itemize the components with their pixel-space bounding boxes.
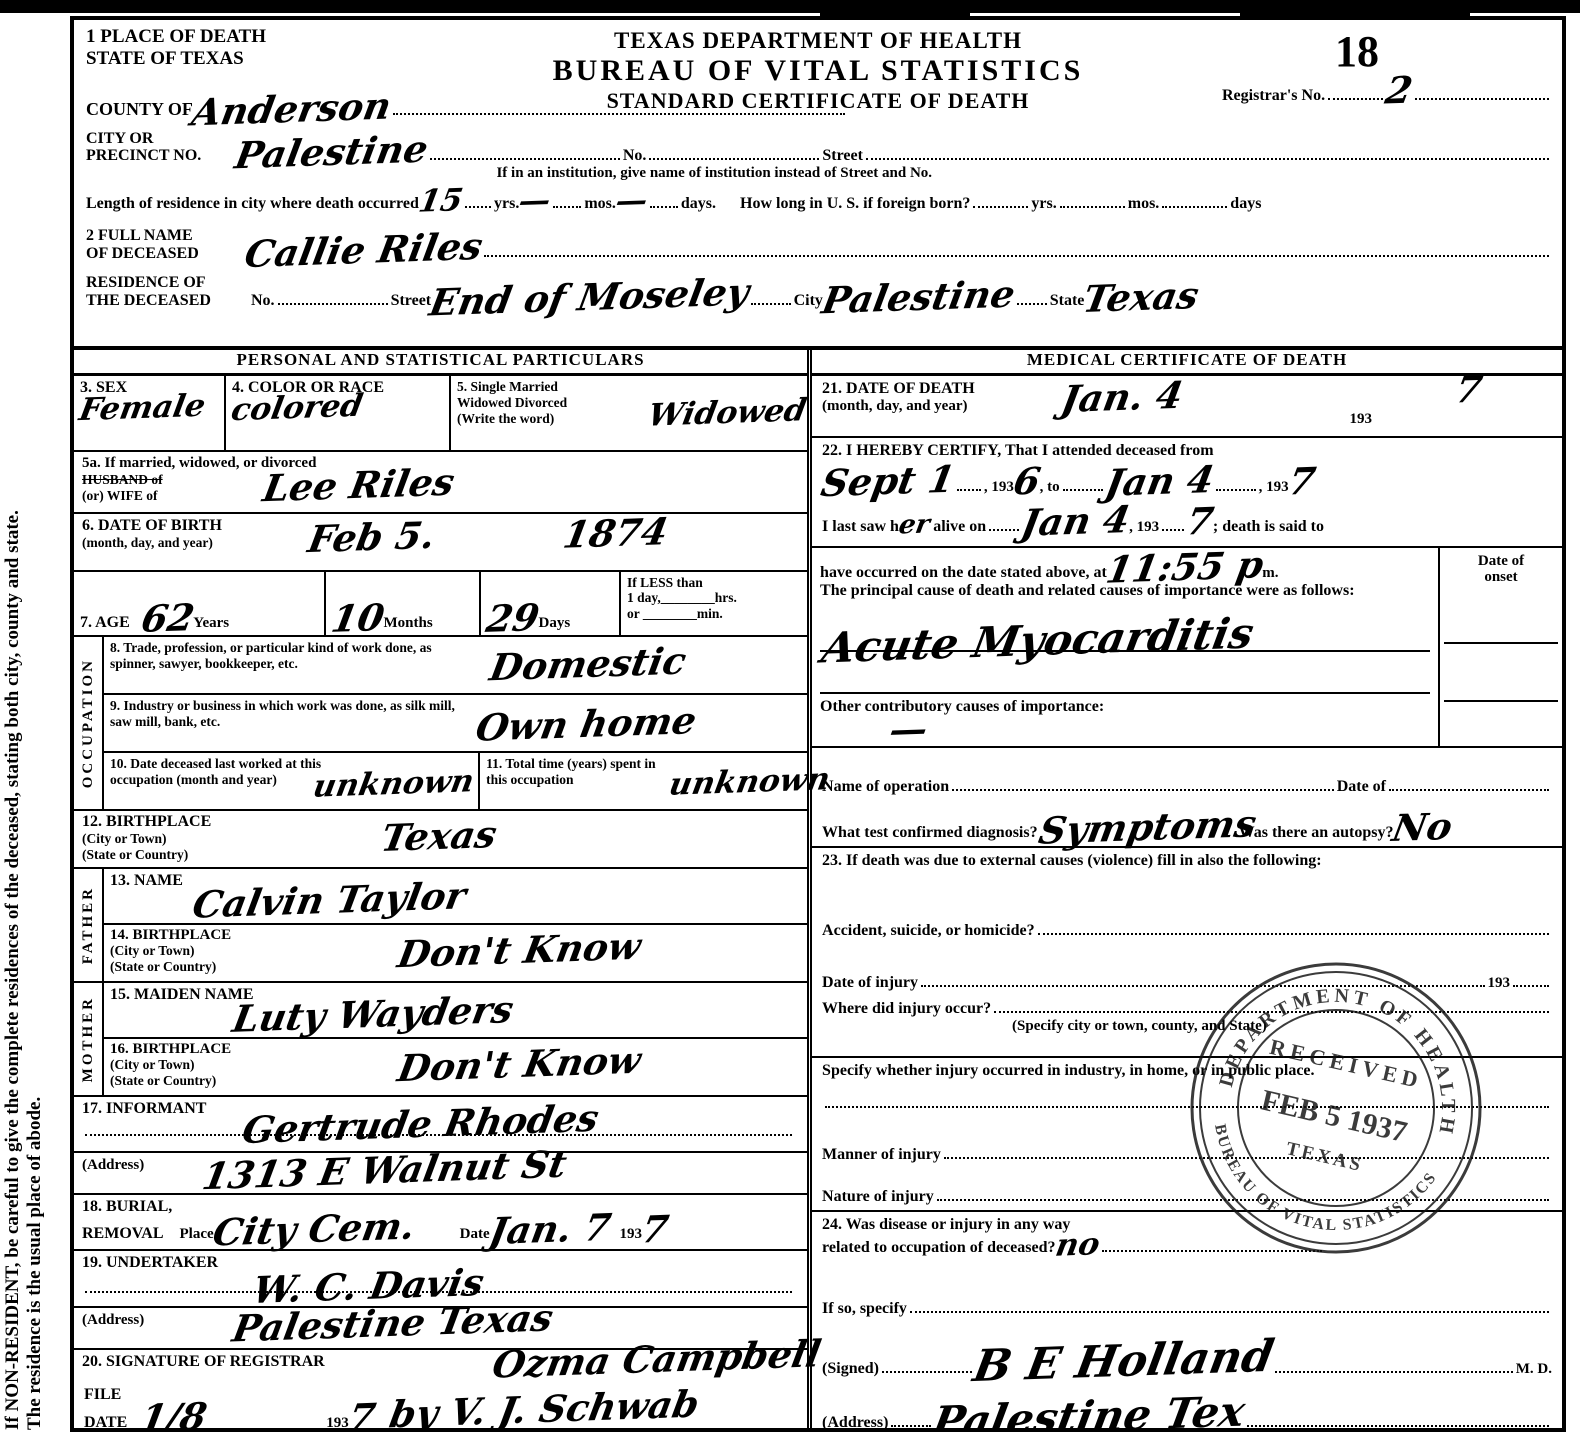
full-name-label: 2 FULL NAME <box>86 227 246 245</box>
dob-monthday-value: Feb 5. <box>306 521 437 553</box>
occurred-at-label: have occurred on the date stated above, … <box>820 564 1107 582</box>
informant-value: Gertrude Rhodes <box>240 1105 600 1145</box>
mos-label: mos. <box>1128 195 1160 213</box>
state-label: State <box>1050 292 1085 310</box>
street-label: Street <box>391 292 432 310</box>
file-year-value: 7 <box>346 1404 377 1432</box>
date-of-death-label: 21. DATE OF DEATH <box>822 380 1552 398</box>
yrs-label: yrs. <box>494 195 519 213</box>
test-confirmed-label: What test confirmed diagnosis? <box>822 824 1038 842</box>
days-label: Days <box>539 615 571 632</box>
blank-line <box>553 206 581 208</box>
death-certificate: TEXAS DEPARTMENT OF HEALTH BUREAU OF VIT… <box>70 16 1566 1432</box>
year-193-label: , 193 <box>1259 479 1289 496</box>
pm-label: m. <box>1262 565 1278 582</box>
contributory-value: — <box>887 716 929 745</box>
days-label: days <box>1230 195 1261 213</box>
occupation-side-label: OCCUPATION <box>74 637 104 809</box>
last-saw-year-value: 7 <box>1185 507 1216 536</box>
year-193-label: , 193 <box>984 479 1014 496</box>
blank-line <box>430 158 620 160</box>
where-injury-label: Where did injury occur? <box>822 1000 991 1018</box>
industry-value: Own home <box>473 708 698 743</box>
trade-value: Domestic <box>488 648 688 683</box>
blank-line <box>649 158 819 160</box>
file-date-value: 1/8 <box>139 1403 209 1432</box>
blank-line <box>1060 206 1125 208</box>
blank-line <box>1415 98 1549 100</box>
city-value: Palestine <box>233 136 430 170</box>
blank-line <box>910 1311 1549 1313</box>
mother-side-label: MOTHER <box>74 983 104 1095</box>
left-margin-notes: If NON-RESIDENT, be careful to give the … <box>2 20 66 1430</box>
certificate-header: TEXAS DEPARTMENT OF HEALTH BUREAU OF VIT… <box>74 20 1562 350</box>
margin-note-line2: The residence is the usual place of abod… <box>24 20 46 1430</box>
informant-address-value: 1313 E Walnut St <box>200 1150 568 1190</box>
registrar-by-value: by V. J. Schwab <box>387 1391 701 1429</box>
blank-line <box>891 1425 931 1427</box>
dept-title: TEXAS DEPARTMENT OF HEALTH <box>506 28 1131 54</box>
external-causes-label: 23. If death was due to external causes … <box>822 852 1322 869</box>
date-of-death-format: (month, day, and year) <box>822 398 1552 415</box>
manner-of-injury-label: Manner of injury <box>822 1146 941 1164</box>
attended-from-year: 6 <box>1011 468 1042 497</box>
registrar-no-value: 2 <box>1384 77 1415 106</box>
blank-line <box>650 206 678 208</box>
blank-line <box>952 789 1334 791</box>
date-label: Date <box>460 1226 490 1243</box>
blank-line <box>973 206 1028 208</box>
blank-line <box>1513 985 1549 987</box>
residence-street-value: End of Moseley <box>428 278 752 317</box>
maiden-name-value: Luty Wayders <box>231 996 516 1033</box>
personal-section-title: PERSONAL AND STATISTICAL PARTICULARS <box>74 350 807 376</box>
blank-line <box>1017 303 1047 305</box>
year-193-label: 193 <box>326 1415 349 1432</box>
full-name-value: Callie Riles <box>243 233 485 269</box>
no-label: No. <box>251 292 275 310</box>
last-saw-date-value: Jan 4 <box>1019 506 1132 537</box>
medical-section-title: MEDICAL CERTIFICATE OF DEATH <box>812 350 1562 376</box>
address-label: (Address) <box>82 1312 144 1328</box>
md-label: M. D. <box>1516 1361 1552 1378</box>
blank-line <box>1444 700 1558 702</box>
standard-title: STANDARD CERTIFICATE OF DEATH <box>506 88 1131 114</box>
stamp-date: FEB 5 1937 <box>1258 1084 1410 1150</box>
year-193-label: , 193 <box>1129 519 1159 536</box>
length-yrs-value: 15 <box>417 189 465 214</box>
residence-state-value: Texas <box>1082 282 1201 314</box>
county-label: COUNTY OF <box>86 99 193 120</box>
mother-birthplace-value: Don't Know <box>396 1047 643 1083</box>
alive-on-label: alive on <box>933 518 986 536</box>
dob-year-value: 1874 <box>561 518 670 549</box>
blank-line <box>1162 529 1184 531</box>
total-time-value: unknown <box>667 769 831 798</box>
date-of-onset-label: Date of <box>1444 554 1558 570</box>
the-deceased-label: THE DECEASED <box>86 292 251 310</box>
if-so-specify-label: If so, specify <box>822 1300 907 1318</box>
physician-signature-value: B E Holland <box>971 1340 1276 1383</box>
margin-note-line1: If NON-RESIDENT, be careful to give the … <box>2 20 24 1430</box>
yrs-label: yrs. <box>1031 195 1056 213</box>
operation-label: Name of operation <box>822 778 949 796</box>
death-said-label: ; death is said to <box>1213 518 1324 536</box>
years-label: Years <box>193 615 229 632</box>
city-label: City <box>794 292 823 310</box>
to-label: , to <box>1040 479 1060 496</box>
blank-line <box>751 303 791 305</box>
test-value: Symptoms <box>1036 811 1257 846</box>
blank-line <box>866 158 1549 160</box>
blank-line <box>1063 489 1103 491</box>
of-deceased-label: OF DECEASED <box>86 245 246 263</box>
dob-label: 6. DATE OF BIRTH <box>82 517 799 535</box>
blank-line <box>882 1371 972 1373</box>
mos-label: mos. <box>584 195 616 213</box>
no-label: No. <box>623 147 647 165</box>
blank-line <box>278 303 388 305</box>
burial-date-value: Jan. 7 <box>487 1214 613 1246</box>
certificate-number: 18 <box>1222 26 1552 77</box>
time-of-death-value: 11:55 p <box>1104 551 1265 584</box>
burial-label: 18. BURIAL, <box>82 1198 799 1216</box>
blank-line <box>1247 1425 1549 1427</box>
place-label: Place <box>180 1226 214 1243</box>
dob-format-label: (month, day, and year) <box>82 535 799 551</box>
burial-place-value: City Cem. <box>211 1212 417 1247</box>
if-less-line3: or ________min. <box>627 606 801 622</box>
year-193-label: 193 <box>1350 411 1373 428</box>
total-time-label: 11. Total time (years) spent in this occ… <box>486 756 675 806</box>
last-saw-label: I last saw h <box>822 518 899 536</box>
county-value: Anderson <box>190 93 393 128</box>
blank-line <box>1389 789 1549 791</box>
last-saw-er-value: er <box>897 515 931 536</box>
father-name-value: Calvin Taylor <box>191 883 468 920</box>
spouse-value: Lee Riles <box>261 468 456 502</box>
bureau-title: BUREAU OF VITAL STATISTICS <box>506 54 1131 88</box>
father-side-label: FATHER <box>74 869 104 981</box>
onset-label: onset <box>1444 570 1558 586</box>
file-date-label: DATE <box>84 1414 127 1432</box>
days-label: days. <box>681 195 716 213</box>
registrar-signature-label: 20. SIGNATURE OF REGISTRAR <box>82 1353 325 1370</box>
physician-address-value: Palestine Tex <box>931 1395 1248 1432</box>
nature-of-injury-label: Nature of injury <box>822 1188 934 1206</box>
attended-from-value: Sept 1 <box>819 466 957 498</box>
institution-note: If in an institution, give name of insti… <box>496 165 1552 182</box>
accident-suicide-homicide-label: Accident, suicide, or homicide? <box>822 922 1035 940</box>
length-mos-value: — <box>517 189 552 213</box>
if-less-line2: 1 day,________hrs. <box>627 590 801 606</box>
race-value: colored <box>229 395 364 423</box>
year-193-label: 193 <box>620 1226 643 1243</box>
foreign-born-label: How long in U. S. if foreign born? <box>740 195 970 213</box>
blank-line <box>957 489 981 491</box>
cause-of-death-value: Acute Myocarditis <box>820 617 1256 663</box>
related-occupation-line2: related to occupation of deceased? <box>822 1239 1055 1257</box>
signed-label: (Signed) <box>822 1360 879 1378</box>
date-of-death-value: Jan. 4 <box>1059 382 1185 414</box>
residence-city-value: Palestine <box>820 280 1017 314</box>
blank-line <box>989 529 1019 531</box>
autopsy-value: No <box>1391 813 1455 843</box>
registrar-no-label: Registrar's No. <box>1222 87 1325 105</box>
trade-label: 8. Trade, profession, or particular kind… <box>110 640 469 690</box>
last-worked-value: unknown <box>311 771 475 800</box>
stamp-state: TEXAS <box>1284 1138 1365 1176</box>
certificate-number-block: 18 Registrar's No. 2 <box>1222 26 1552 105</box>
autopsy-label: Was there an autopsy? <box>1239 824 1394 842</box>
blank-line <box>1275 1371 1513 1373</box>
street-label: Street <box>822 147 863 165</box>
date-of-injury-label: Date of injury <box>822 974 918 992</box>
attended-to-year: 7 <box>1286 468 1317 497</box>
age-months-value: 10 <box>329 604 386 634</box>
if-less-line1: If LESS than <box>627 575 801 591</box>
operation-date-label: Date of <box>1337 778 1386 796</box>
age-days-value: 29 <box>484 604 541 634</box>
length-of-residence-label: Length of residence in city where death … <box>86 195 419 213</box>
blank-line <box>484 255 1549 257</box>
blank-line <box>1216 489 1256 491</box>
blank-line <box>1038 933 1549 935</box>
marital-value: Widowed <box>646 399 808 428</box>
blank-line <box>1444 642 1558 644</box>
blank-line <box>1162 206 1227 208</box>
address-label: (Address) <box>822 1414 888 1432</box>
father-birthplace-value: Don't Know <box>396 933 643 969</box>
death-year-value: 7 <box>1454 376 1485 405</box>
residence-of-label: RESIDENCE OF <box>86 274 251 292</box>
birthplace-value: Texas <box>379 821 498 853</box>
address-label: (Address) <box>82 1157 144 1173</box>
removal-label: REMOVAL <box>82 1225 164 1243</box>
attended-to-value: Jan 4 <box>1103 466 1216 497</box>
length-days-value: — <box>614 189 649 213</box>
registrar-signature-value: Ozma Campbell <box>490 1341 822 1380</box>
industry-label: 9. Industry or business in which work wa… <box>110 698 469 748</box>
undertaker-address-value: Palestine Texas <box>230 1305 554 1344</box>
personal-particulars-column: PERSONAL AND STATISTICAL PARTICULARS 3. … <box>74 350 812 1432</box>
form-title: TEXAS DEPARTMENT OF HEALTH BUREAU OF VIT… <box>506 28 1131 114</box>
age-years-value: 62 <box>139 604 196 634</box>
last-worked-label: 10. Date deceased last worked at this oc… <box>110 756 335 806</box>
related-occupation-value: no <box>1053 1233 1101 1258</box>
marital-options-line1: 5. Single Married <box>457 379 801 395</box>
burial-year-value: 7 <box>639 1215 670 1244</box>
age-label: 7. AGE <box>80 614 130 632</box>
stamp-received: RECEIVED <box>1267 1034 1425 1093</box>
blank-line <box>465 206 491 208</box>
sex-value: Female <box>78 395 207 423</box>
blank-line <box>1328 98 1383 100</box>
months-label: Months <box>384 615 433 632</box>
precinct-no-label: PRECINCT NO. <box>86 147 236 165</box>
